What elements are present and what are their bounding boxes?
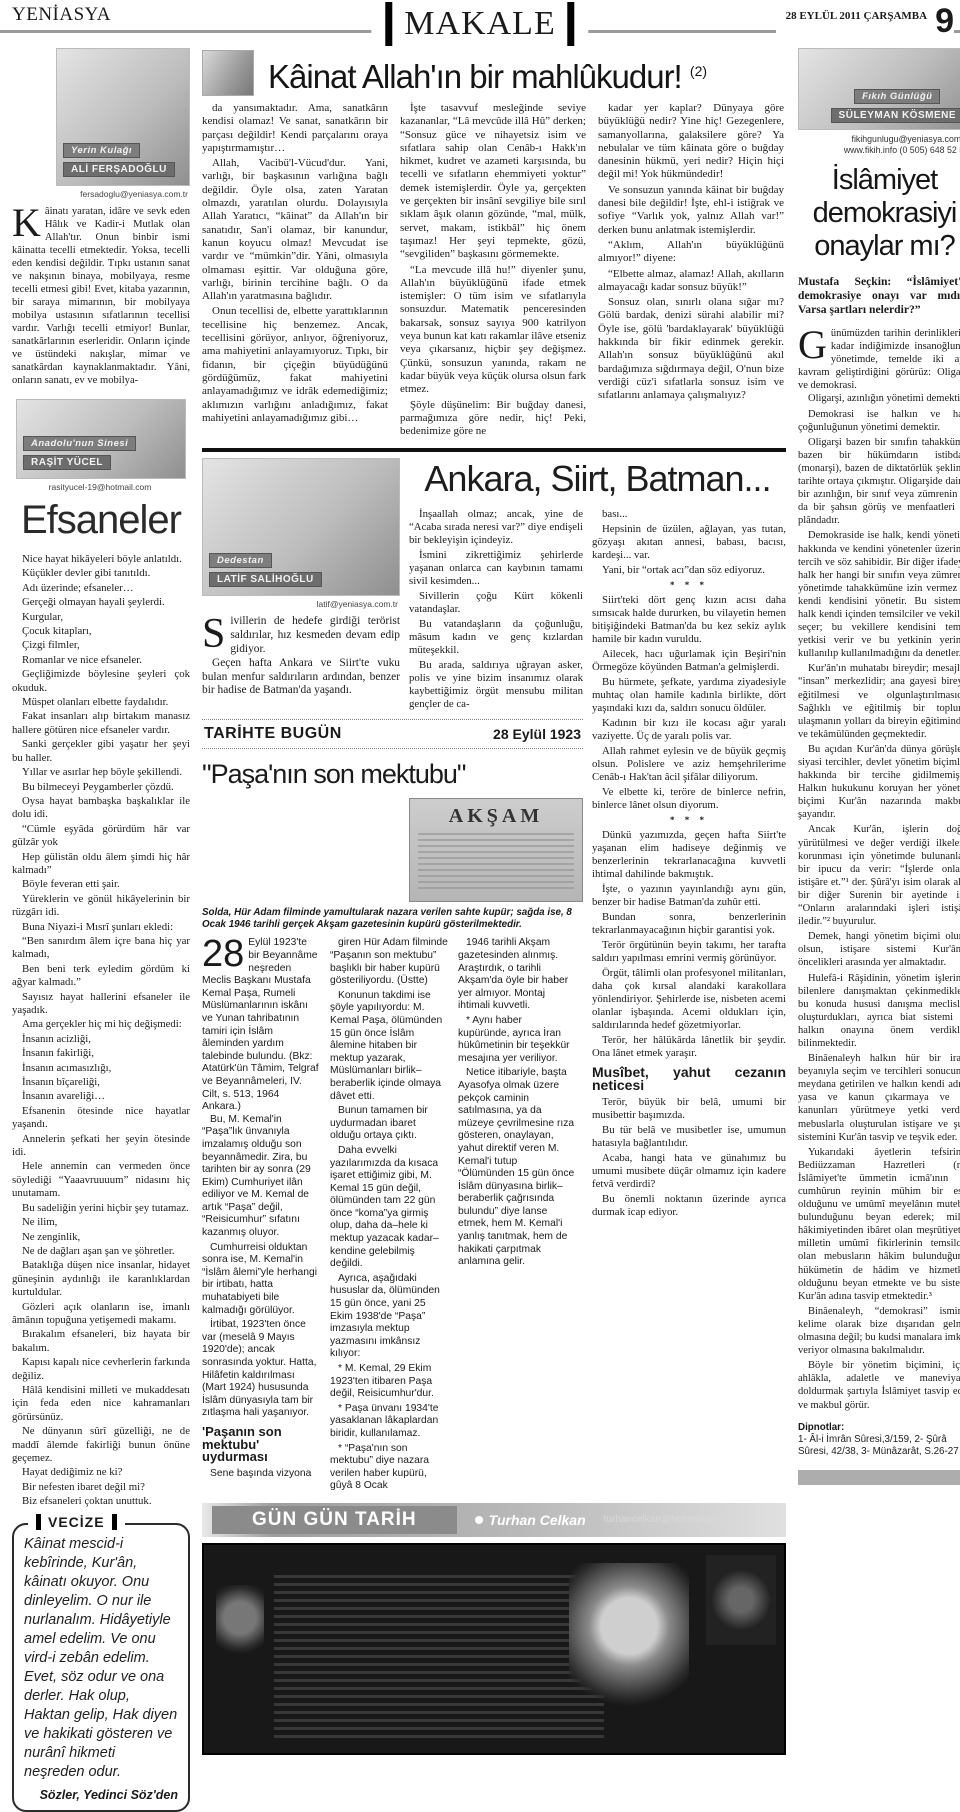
aksam-photo-caption: Solda, Hür Adam filminde yamultularak na…: [202, 902, 583, 937]
dateline: 28 EYLÜL 2011 ÇARŞAMBA 9: [776, 4, 954, 38]
latif-zone: Dedestan LATİF SALİHOĞLU latif@yeniasya.…: [202, 458, 400, 713]
fersadoglu-dropcap: K: [12, 205, 45, 239]
efsaneler-title: Efsaneler: [12, 498, 190, 543]
page-header: YENİASYA MAKALE 28 EYLÜL 2011 ÇARŞAMBA 9: [0, 0, 960, 44]
main-article-header: Kâinat Allah'ın bir mahlûkudur! (2): [202, 50, 786, 96]
vecize-source: Sözler, Yedinci Söz'den: [24, 1788, 178, 1802]
vecize-label: VECİZE: [48, 1514, 105, 1530]
islamiyet-title: İslâmiyet demokrasiyi onaylar mı?: [798, 164, 960, 263]
islamiyet-paragraphs: Oligarşi, azınlığın yönetimi demektir.De…: [798, 392, 960, 1411]
footnotes-label: Dipnotlar:: [798, 1422, 960, 1434]
aksam-masthead: AKŞAM: [410, 805, 582, 828]
gungun-author: Turhan Celkan: [475, 1512, 586, 1528]
right-column: Fıkıh Günlüğü SÜLEYMAN KÖSMENE fikihgunl…: [798, 48, 960, 1812]
latif-column-kicker: Dedestan: [209, 553, 272, 568]
collage-figure-right: [706, 1555, 776, 1645]
fersadoglu-email: fersadoglu@yeniasya.com.tr: [12, 189, 188, 199]
main-article-col1: da yansımaktadır. Ama, sanatkârın kendis…: [202, 102, 388, 440]
collage-portrait: [569, 1563, 689, 1743]
bottom-grey-bar: [798, 1470, 960, 1485]
fersadoglu-photo: Yerin Kulağı ALİ FERŞADOĞLU: [56, 48, 190, 186]
main-article-title: Kâinat Allah'ın bir mahlûkudur! (2): [268, 58, 707, 96]
kosmene-photo: Fıkıh Günlüğü SÜLEYMAN KÖSMENE: [798, 48, 960, 130]
main-article-col2: İşte tasavvuf mesleğinde seviye kazananl…: [400, 102, 586, 440]
pasa-headline: "Paşa'nın son mektubu": [202, 755, 583, 798]
section-bar-left-icon: [385, 2, 392, 46]
vecize-text: Kâinat mescid-i kebîrinde, Kur'ân, kâina…: [24, 1535, 178, 1782]
tarihte-col2: giren Hür Adam filminde “Paşanın son mek…: [330, 937, 448, 1495]
fersadoglu-author-name: ALİ FERŞADOĞLU: [63, 162, 175, 177]
aksam-photo-cell: AKŞAM: [409, 798, 583, 902]
ankara-dropcap: S: [202, 615, 230, 651]
latif-photo: Dedestan LATİF SALİHOĞLU: [202, 458, 400, 596]
latif-author-name: LATİF SALİHOĞLU: [209, 572, 322, 587]
vecize-label-wrap: VECİZE: [28, 1514, 125, 1530]
fikih-email: fikihgunlugu@yeniasya.com.tr: [798, 134, 960, 145]
fikih-contact: fikihgunlugu@yeniasya.com.tr www.fikih.i…: [798, 134, 960, 156]
aksam-newspaper-image: AKŞAM: [409, 798, 583, 902]
tarihte-big-number: 28: [202, 937, 248, 971]
ankara-colB: bası...Hepsinin de üzülen, ağlayan, yas …: [592, 508, 786, 1495]
history-collage-image: [202, 1543, 786, 1755]
page-number: 9: [935, 4, 954, 38]
section-banner: MAKALE: [371, 2, 588, 46]
tarihte-columns: 28Eylül 1923'te bir Beyannâme neşreden M…: [202, 937, 583, 1495]
latif-email: latif@yeniasya.com.tr: [202, 599, 398, 609]
footnotes-text: 1- Âl-i İmrân Sûresi,3/159, 2- Şûrâ Sûre…: [798, 1434, 960, 1458]
left-column: Yerin Kulağı ALİ FERŞADOĞLU fersadoglu@y…: [12, 48, 190, 1812]
article-divider-rule: [202, 448, 786, 452]
tarihte-bugun-label: TARİHTE BUGÜN: [204, 725, 342, 743]
islamiyet-dropcap: G: [798, 327, 831, 361]
aksam-scan-lines: [418, 833, 574, 893]
tarihte-bugun-banner: TARİHTE BUGÜN 28 Eylül 1923: [202, 719, 583, 749]
ankara-intro-2: Geçen hafta Ankara ve Siirt'te vuku bula…: [202, 657, 400, 698]
collage-figure-left: [216, 1585, 264, 1695]
ankara-intro: Sivillerin de hedefe girdiği terörist sa…: [202, 615, 400, 698]
issue-date: 28 EYLÜL 2011 ÇARŞAMBA: [786, 10, 928, 22]
reader-question: Mustafa Seçkin: “İslâmiyet'in demokrasiy…: [798, 275, 960, 317]
ankara-colA: İnşaallah olmaz; ancak, yine de “Acaba s…: [409, 508, 583, 713]
gungun-email: turhancelkan@hotmail.com: [604, 1514, 725, 1525]
efsaneler-body: Nice hayat hikâyeleri böyle anlatıldı.Kü…: [12, 553, 190, 1509]
main-article-part-number: (2): [690, 63, 707, 79]
fikih-web-phone: www.fikih.info (0 505) 648 52 50: [798, 145, 960, 156]
page-body: Yerin Kulağı ALİ FERŞADOĞLU fersadoglu@y…: [0, 44, 960, 1812]
main-article-col3: kadar yer kaplar? Dünyaya göre büyüklüğü…: [598, 102, 784, 440]
tarihte-col1-rest: Bu, M. Kemal'in “Paşa”lık ünvanıyla imza…: [202, 1114, 320, 1481]
newspaper-logo: YENİASYA: [12, 4, 111, 26]
tarihte-col1: 28Eylül 1923'te bir Beyannâme neşreden M…: [202, 937, 320, 1495]
fersadoglu-column-kicker: Yerin Kulağı: [63, 143, 140, 158]
kosmene-author-name: SÜLEYMAN KÖSMENE: [831, 108, 960, 123]
bullet-icon: [475, 1516, 483, 1524]
vecize-box: VECİZE Kâinat mescid-i kebîrinde, Kur'ân…: [12, 1523, 190, 1812]
newspaper-page: { "header": { "brand": "YENİASYA", "sect…: [0, 0, 960, 1812]
islamiyet-body: Günümüzden tarihin derinliklerine kadar …: [798, 327, 960, 1412]
main-article-thumb-photo: [202, 50, 254, 96]
vecize-bar-right-icon: [112, 1514, 117, 1530]
tarihte-col3: 1946 tarihli Akşam gazetesinden alınmış.…: [458, 937, 576, 1495]
rasit-email: rasityucel-19@hotmail.com: [12, 482, 188, 492]
rasit-column-kicker: Anadolu'nun Sinesi: [23, 436, 136, 451]
fikih-column-kicker: Fıkıh Günlüğü: [854, 89, 940, 104]
islamiyet-lead: Günümüzden tarihin derinliklerine kadar …: [798, 327, 960, 392]
tarihte-lead: 28Eylül 1923'te bir Beyannâme neşreden M…: [202, 937, 320, 1113]
middle-zone: Kâinat Allah'ın bir mahlûkudur! (2) da y…: [202, 48, 786, 1812]
collage-newsprint-texture: [274, 1575, 604, 1741]
section-title: MAKALE: [404, 5, 555, 43]
main-article-columns: da yansımaktadır. Ama, sanatkârın kendis…: [202, 102, 786, 440]
footnotes: Dipnotlar: 1- Âl-i İmrân Sûresi,3/159, 2…: [798, 1422, 960, 1458]
rasit-author-name: RAŞİT YÜCEL: [23, 455, 111, 470]
ankara-tarihte-section: Dedestan LATİF SALİHOĞLU latif@yeniasya.…: [202, 458, 786, 1495]
rasit-photo: Anadolu'nun Sinesi RAŞİT YÜCEL: [16, 399, 186, 479]
ankara-title: Ankara, Siirt, Batman...: [409, 458, 786, 508]
gungun-tarih-bar: GÜN GÜN TARİH Turhan Celkan turhancelkan…: [202, 1503, 786, 1537]
tarihte-bugun-date: 28 Eylül 1923: [493, 726, 581, 742]
gungun-tarih-label: GÜN GÜN TARİH: [212, 1506, 457, 1534]
fersadoglu-article-body: Kâinatı yaratan, idâre ve sevk eden Hâlı…: [12, 205, 190, 387]
vecize-bar-left-icon: [36, 1514, 41, 1530]
section-bar-right-icon: [568, 2, 575, 46]
